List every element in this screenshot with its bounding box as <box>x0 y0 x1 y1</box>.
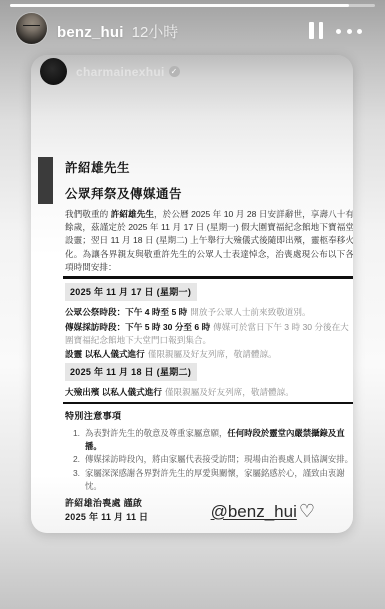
obituary-notice-document: 許紹雄先生 公眾拜祭及傳媒通告 我們敬重的 許紹雄先生，於公曆 2025 年 1… <box>31 155 353 524</box>
heart-icon: ♡ <box>299 501 315 522</box>
instagram-story-viewer: benz_hui 12小時 charmainexhui ✓ 許紹雄先生 公眾拜祭… <box>0 0 385 609</box>
document-intro-paragraph: 我們敬重的 許紹雄先生，於公曆 2025 年 10 月 28 日安詳辭世，享壽八… <box>65 208 353 274</box>
document-title-name: 許紹雄先生 <box>65 158 182 176</box>
pause-icon[interactable] <box>309 22 325 39</box>
date-header-nov18: 2025 年 11 月 18 日 (星期二) <box>65 363 197 381</box>
schedule-detail: 僅限親屬及好友列席，敬請體諒。 <box>148 349 277 359</box>
note-text: 家屬深深感謝各界對許先生的厚愛與關懷，家屬銘感於心，謹致由衷謝忱。 <box>85 468 345 491</box>
schedule-label: 公眾公祭時段：下午 4 時至 5 時 <box>65 307 187 317</box>
shared-post-username-text: charmainexhui <box>76 65 165 79</box>
note-text: 為表對許先生的敬意及尊重家屬意願， <box>85 428 227 438</box>
story-progress-fill <box>10 4 349 7</box>
story-user-line[interactable]: benz_hui 12小時 <box>57 21 178 42</box>
dot <box>336 29 341 34</box>
mention-sticker[interactable]: @benz_hui ♡ <box>211 501 315 522</box>
more-options-icon[interactable] <box>336 29 362 34</box>
pause-bar-right <box>319 22 324 39</box>
schedule-detail: 僅限親屬及好友列席，敬請體諒。 <box>165 387 294 397</box>
mention-handle[interactable]: @benz_hui <box>211 502 297 522</box>
special-notes-list: 1. 為表對許先生的敬意及尊重家屬意願，任何時段於靈堂內嚴禁攝錄及直播。 2. … <box>73 427 353 493</box>
date-header-nov17: 2025 年 11 月 17 日 (星期一) <box>65 283 197 301</box>
section-divider <box>63 402 353 405</box>
story-timestamp: 12小時 <box>132 21 179 42</box>
intro-prefix: 我們敬重的 <box>65 209 111 219</box>
title-accent-bar <box>38 157 53 204</box>
special-notes-header: 特別注意事項 <box>65 409 353 422</box>
note-item: 2. 傳媒採訪時段內，將由家屬代表接受訪問；現場由治喪處人員協調安排。 <box>73 453 353 466</box>
story-progress-bar[interactable] <box>10 4 375 7</box>
schedule-row-private-vigil: 設靈 以私人儀式進行僅限親屬及好友列席，敬請體諒。 <box>65 348 353 361</box>
document-title-block: 許紹雄先生 公眾拜祭及傳媒通告 <box>38 157 353 204</box>
dot <box>357 29 362 34</box>
note-item: 3. 家屬深深感謝各界對許先生的厚愛與關懷，家屬銘感於心，謹致由衷謝忱。 <box>73 467 353 493</box>
schedule-detail: 開放予公眾人士前來致敬道別。 <box>190 307 310 317</box>
note-text: 傳媒採訪時段內，將由家屬代表接受訪問；現場由治喪處人員協調安排。 <box>85 454 353 464</box>
note-number: 2. <box>73 453 85 466</box>
verified-badge-icon: ✓ <box>169 66 180 77</box>
pause-bar-left <box>309 22 314 39</box>
shared-post-header[interactable]: charmainexhui ✓ <box>40 58 180 85</box>
intro-deceased-name: 許紹雄先生 <box>111 209 154 219</box>
story-user-avatar[interactable] <box>16 13 47 44</box>
schedule-label: 傳媒採訪時段：下午 5 時 30 分至 6 時 <box>65 322 210 332</box>
shared-post-avatar[interactable] <box>40 58 67 85</box>
note-number: 1. <box>73 427 85 453</box>
schedule-label: 設靈 以私人儀式進行 <box>65 349 145 359</box>
schedule-row-funeral: 大殮出殯 以私人儀式進行僅限親屬及好友列席，敬請體諒。 <box>65 386 353 399</box>
document-title-subject: 公眾拜祭及傳媒通告 <box>65 184 182 202</box>
story-username[interactable]: benz_hui <box>57 24 124 41</box>
schedule-row-public-memorial: 公眾公祭時段：下午 4 時至 5 時開放予公眾人士前來致敬道別。 <box>65 306 353 319</box>
avatar-glasses-detail <box>23 25 40 30</box>
schedule-row-media-session: 傳媒採訪時段：下午 5 時 30 分至 6 時傳媒可於當日下午 3 時 30 分… <box>65 321 353 347</box>
shared-post-card[interactable]: charmainexhui ✓ 許紹雄先生 公眾拜祭及傳媒通告 我們敬重的 許紹… <box>31 55 353 533</box>
dot <box>347 29 352 34</box>
shared-post-username[interactable]: charmainexhui ✓ <box>76 65 180 79</box>
note-number: 3. <box>73 467 85 493</box>
note-item: 1. 為表對許先生的敬意及尊重家屬意願，任何時段於靈堂內嚴禁攝錄及直播。 <box>73 427 353 453</box>
schedule-label: 大殮出殯 以私人儀式進行 <box>65 387 162 397</box>
